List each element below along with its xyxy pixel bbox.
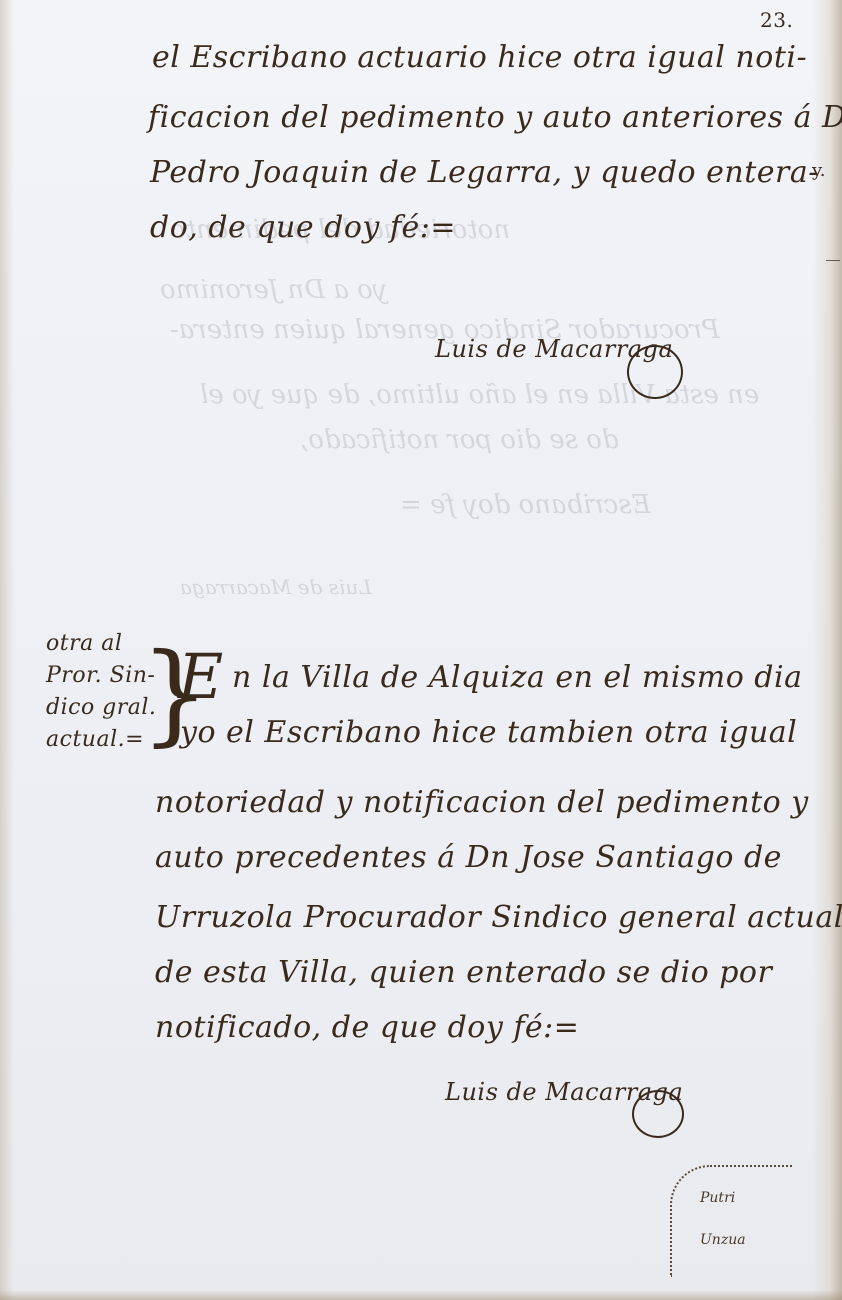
bleed-through-line: Luis de Macarraga bbox=[180, 575, 371, 599]
margin-note-line: Pror. Sin- bbox=[46, 662, 155, 690]
stamp-text: Unzua bbox=[700, 1232, 746, 1248]
drop-cap: E bbox=[178, 640, 224, 713]
entry-2-line: n la Villa de Alquiza en el mismo dia bbox=[232, 660, 802, 695]
margin-note-line: otra al bbox=[46, 630, 122, 658]
bleed-through-line: yo a Dn Jeronimo bbox=[160, 275, 388, 305]
stamp-text: Putri bbox=[700, 1190, 735, 1206]
page-edge-right bbox=[812, 0, 842, 1300]
entry-1-line: do, de que doy fé:= bbox=[150, 210, 456, 245]
bleed-through-line: do se dio por notificado, bbox=[300, 425, 619, 455]
entry-2-line: notificado, de que doy fé:= bbox=[155, 1010, 579, 1045]
bleed-through-line: Escribano doy fe = bbox=[400, 490, 651, 520]
entry-2-line: notoriedad y notificacion del pedimento … bbox=[155, 785, 809, 820]
page-edge-left bbox=[0, 0, 14, 1300]
margin-tick bbox=[826, 260, 840, 261]
entry-2-line: de esta Villa, quien enterado se dio por bbox=[155, 955, 772, 990]
entry-2-line: yo el Escribano hice tambien otra igual bbox=[180, 715, 797, 750]
entry-2-line: auto precedentes á Dn Jose Santiago de bbox=[155, 840, 782, 875]
signature-rubric-2 bbox=[632, 1090, 684, 1138]
page-number: 23. bbox=[760, 8, 793, 32]
entry-1-line: ficacion del pedimento y auto anteriores… bbox=[148, 100, 842, 135]
page-edge-bottom bbox=[0, 1290, 842, 1300]
archival-stamp bbox=[670, 1165, 792, 1277]
entry-1-line: Pedro Joaquin de Legarra, y quedo entera… bbox=[150, 155, 819, 190]
margin-note-line: actual.= bbox=[46, 726, 144, 754]
entry-1-line: el Escribano actuario hice otra igual no… bbox=[152, 40, 807, 75]
signature-rubric-1 bbox=[627, 345, 683, 399]
entry-2-line: Urruzola Procurador Sindico general actu… bbox=[155, 900, 842, 935]
manuscript-page: notoriedad del pedimento yo a Dn Jeronim… bbox=[0, 0, 842, 1300]
